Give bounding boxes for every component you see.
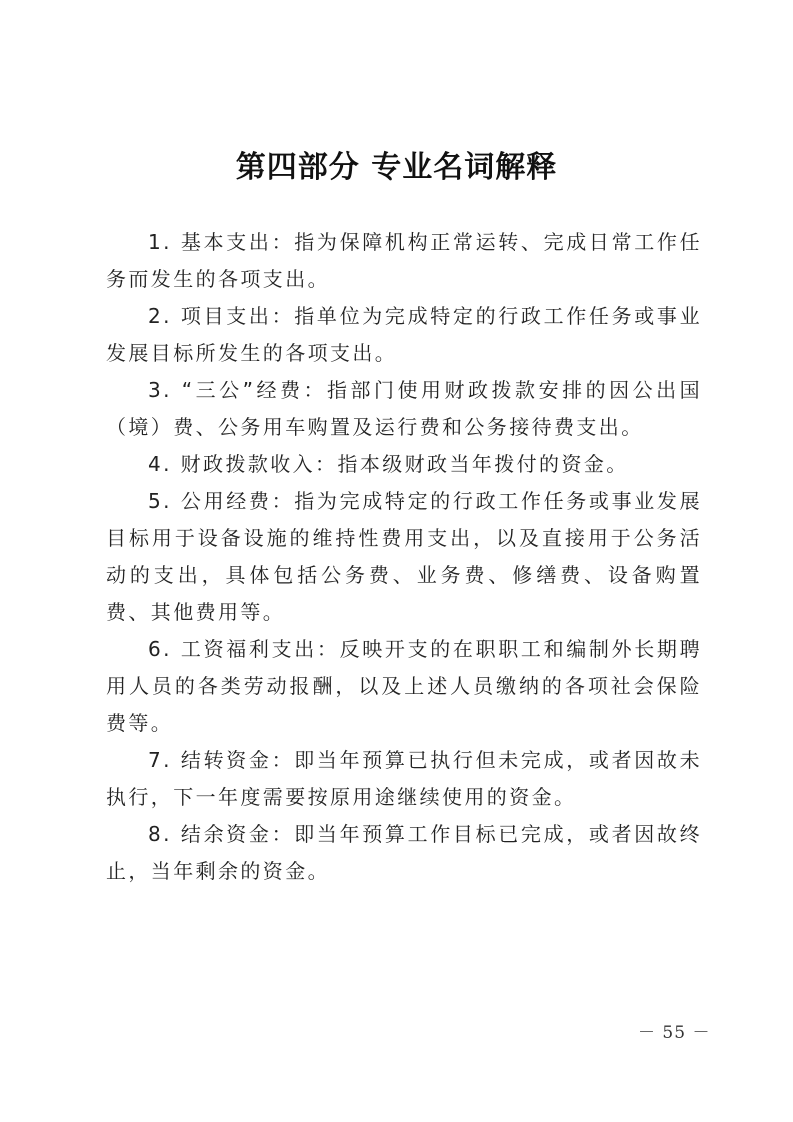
definition-three-public-funds: 3. “三公”经费：指部门使用财政拨款安排的因公出国（境）费、公务用车购置及运行…: [106, 372, 702, 446]
definition-public-funds: 5. 公用经费：指为完成特定的行政工作任务或事业发展目标用于设备设施的维持性费用…: [106, 483, 702, 631]
definition-basic-expenditure: 1. 基本支出：指为保障机构正常运转、完成日常工作任务而发生的各项支出。: [106, 224, 702, 298]
definition-carryover-funds: 7. 结转资金：即当年预算已执行但未完成，或者因故未执行，下一年度需要按原用途继…: [106, 742, 702, 816]
page-number: － 55 －: [638, 1018, 710, 1043]
definition-surplus-funds: 8. 结余资金：即当年预算工作目标已完成，或者因故终止，当年剩余的资金。: [106, 816, 702, 890]
definition-term: 1. 基本支出：: [148, 230, 294, 254]
definitions-list: 1. 基本支出：指为保障机构正常运转、完成日常工作任务而发生的各项支出。 2. …: [106, 224, 702, 890]
definition-term: 6. 工资福利支出：: [148, 637, 340, 661]
definition-term: 7. 结转资金：: [148, 748, 294, 772]
definition-term: 2. 项目支出：: [148, 304, 294, 328]
definition-salary-welfare: 6. 工资福利支出：反映开支的在职职工和编制外长期聘用人员的各类劳动报酬，以及上…: [106, 631, 702, 742]
definition-fiscal-appropriation-income: 4. 财政拨款收入：指本级财政当年拨付的资金。: [106, 446, 702, 483]
definition-term: 3. “三公”经费：: [148, 378, 327, 402]
definition-text: 指本级财政当年拨付的资金。: [337, 452, 628, 476]
definition-term: 5. 公用经费：: [148, 489, 294, 513]
definition-term: 8. 结余资金：: [148, 822, 294, 846]
definition-term: 4. 财政拨款收入：: [148, 452, 337, 476]
definition-project-expenditure: 2. 项目支出：指单位为完成特定的行政工作任务或事业发展目标所发生的各项支出。: [106, 298, 702, 372]
page-title: 第四部分 专业名词解释: [0, 148, 793, 188]
